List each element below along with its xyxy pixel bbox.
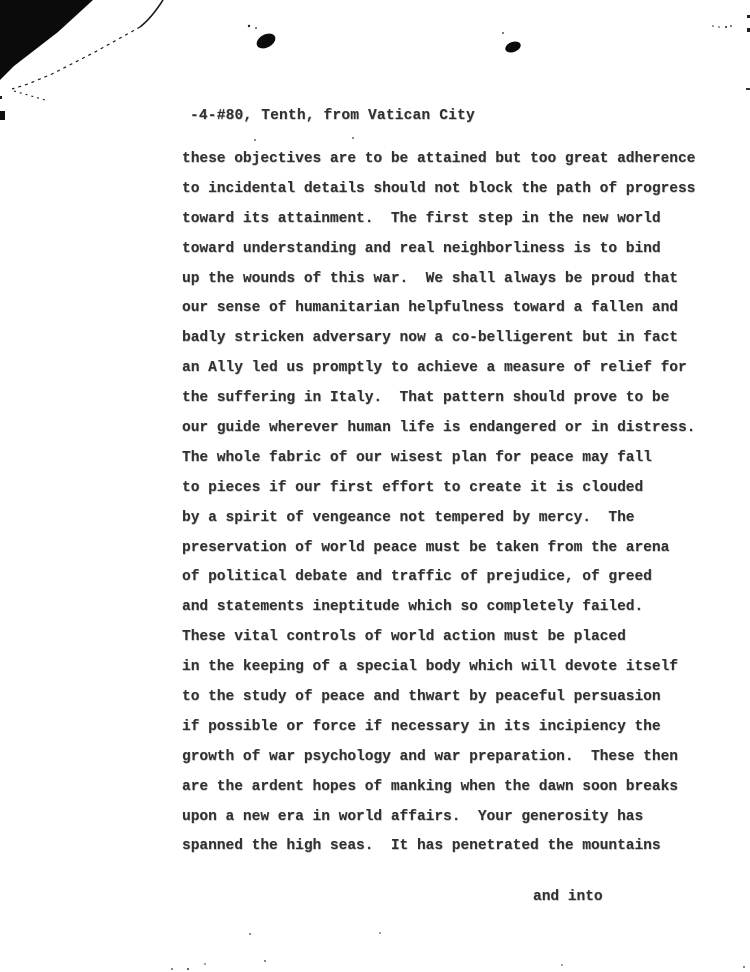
document-body: these objectives are to be attained but …: [182, 145, 742, 862]
text-line: our sense of humanitarian helpfulness to…: [182, 294, 742, 324]
ink-speck: [254, 139, 256, 141]
ink-speck: [725, 26, 727, 28]
page-header: -4-#80, Tenth, from Vatican City: [190, 108, 475, 125]
ink-blob: [504, 40, 522, 55]
text-line: our guide wherever human life is endange…: [182, 414, 742, 444]
ink-speck: [712, 25, 714, 27]
corner-shadow: [0, 0, 93, 80]
ink-speck: [743, 966, 745, 968]
text-line: These vital controls of world action mus…: [182, 623, 742, 653]
ink-speck: [248, 25, 250, 27]
text-line: to incidental details should not block t…: [182, 175, 742, 205]
ink-blob: [254, 31, 278, 52]
ink-speck: [502, 32, 504, 34]
ink-speck: [187, 968, 189, 970]
edge-mark: [746, 88, 750, 90]
ink-speck: [561, 964, 563, 966]
text-line: The whole fabric of our wisest plan for …: [182, 444, 742, 474]
fold-crease-return: [14, 91, 45, 100]
ink-speck: [264, 960, 266, 962]
text-line: to the study of peace and thwart by peac…: [182, 683, 742, 713]
text-line: toward its attainment. The first step in…: [182, 205, 742, 235]
text-line: preservation of world peace must be take…: [182, 534, 742, 564]
text-line: by a spirit of vengeance not tempered by…: [182, 504, 742, 534]
text-line: badly stricken adversary now a co-bellig…: [182, 324, 742, 354]
text-line: if possible or force if necessary in its…: [182, 713, 742, 743]
text-line: spanned the high seas. It has penetrated…: [182, 832, 742, 862]
text-line: in the keeping of a special body which w…: [182, 653, 742, 683]
continuation-text: and into: [533, 889, 603, 906]
text-line: are the ardent hopes of manking when the…: [182, 773, 742, 803]
text-line: these objectives are to be attained but …: [182, 145, 742, 175]
text-line: the suffering in Italy. That pattern sho…: [182, 384, 742, 414]
edge-mark: [0, 111, 5, 120]
text-line: upon a new era in world affairs. Your ge…: [182, 803, 742, 833]
ink-speck: [352, 137, 354, 139]
ink-speck: [718, 26, 720, 28]
text-line: to pieces if our first effort to create …: [182, 474, 742, 504]
ink-speck: [379, 932, 381, 934]
ink-speck: [255, 27, 257, 29]
text-line: up the wounds of this war. We shall alwa…: [182, 265, 742, 295]
scanned-document-page: -4-#80, Tenth, from Vatican City these o…: [0, 0, 750, 972]
fold-crease: [140, 0, 163, 27]
text-line: and statements ineptitude which so compl…: [182, 593, 742, 623]
text-line: growth of war psychology and war prepara…: [182, 743, 742, 773]
edge-mark: [0, 96, 2, 99]
text-line: of political debate and traffic of preju…: [182, 563, 742, 593]
ink-speck: [249, 933, 251, 935]
fold-crease-dotted: [12, 27, 140, 89]
text-line: toward understanding and real neighborli…: [182, 235, 742, 265]
ink-speck: [171, 968, 173, 970]
text-line: an Ally led us promptly to achieve a mea…: [182, 354, 742, 384]
ink-speck: [730, 25, 732, 27]
ink-speck: [204, 963, 206, 965]
